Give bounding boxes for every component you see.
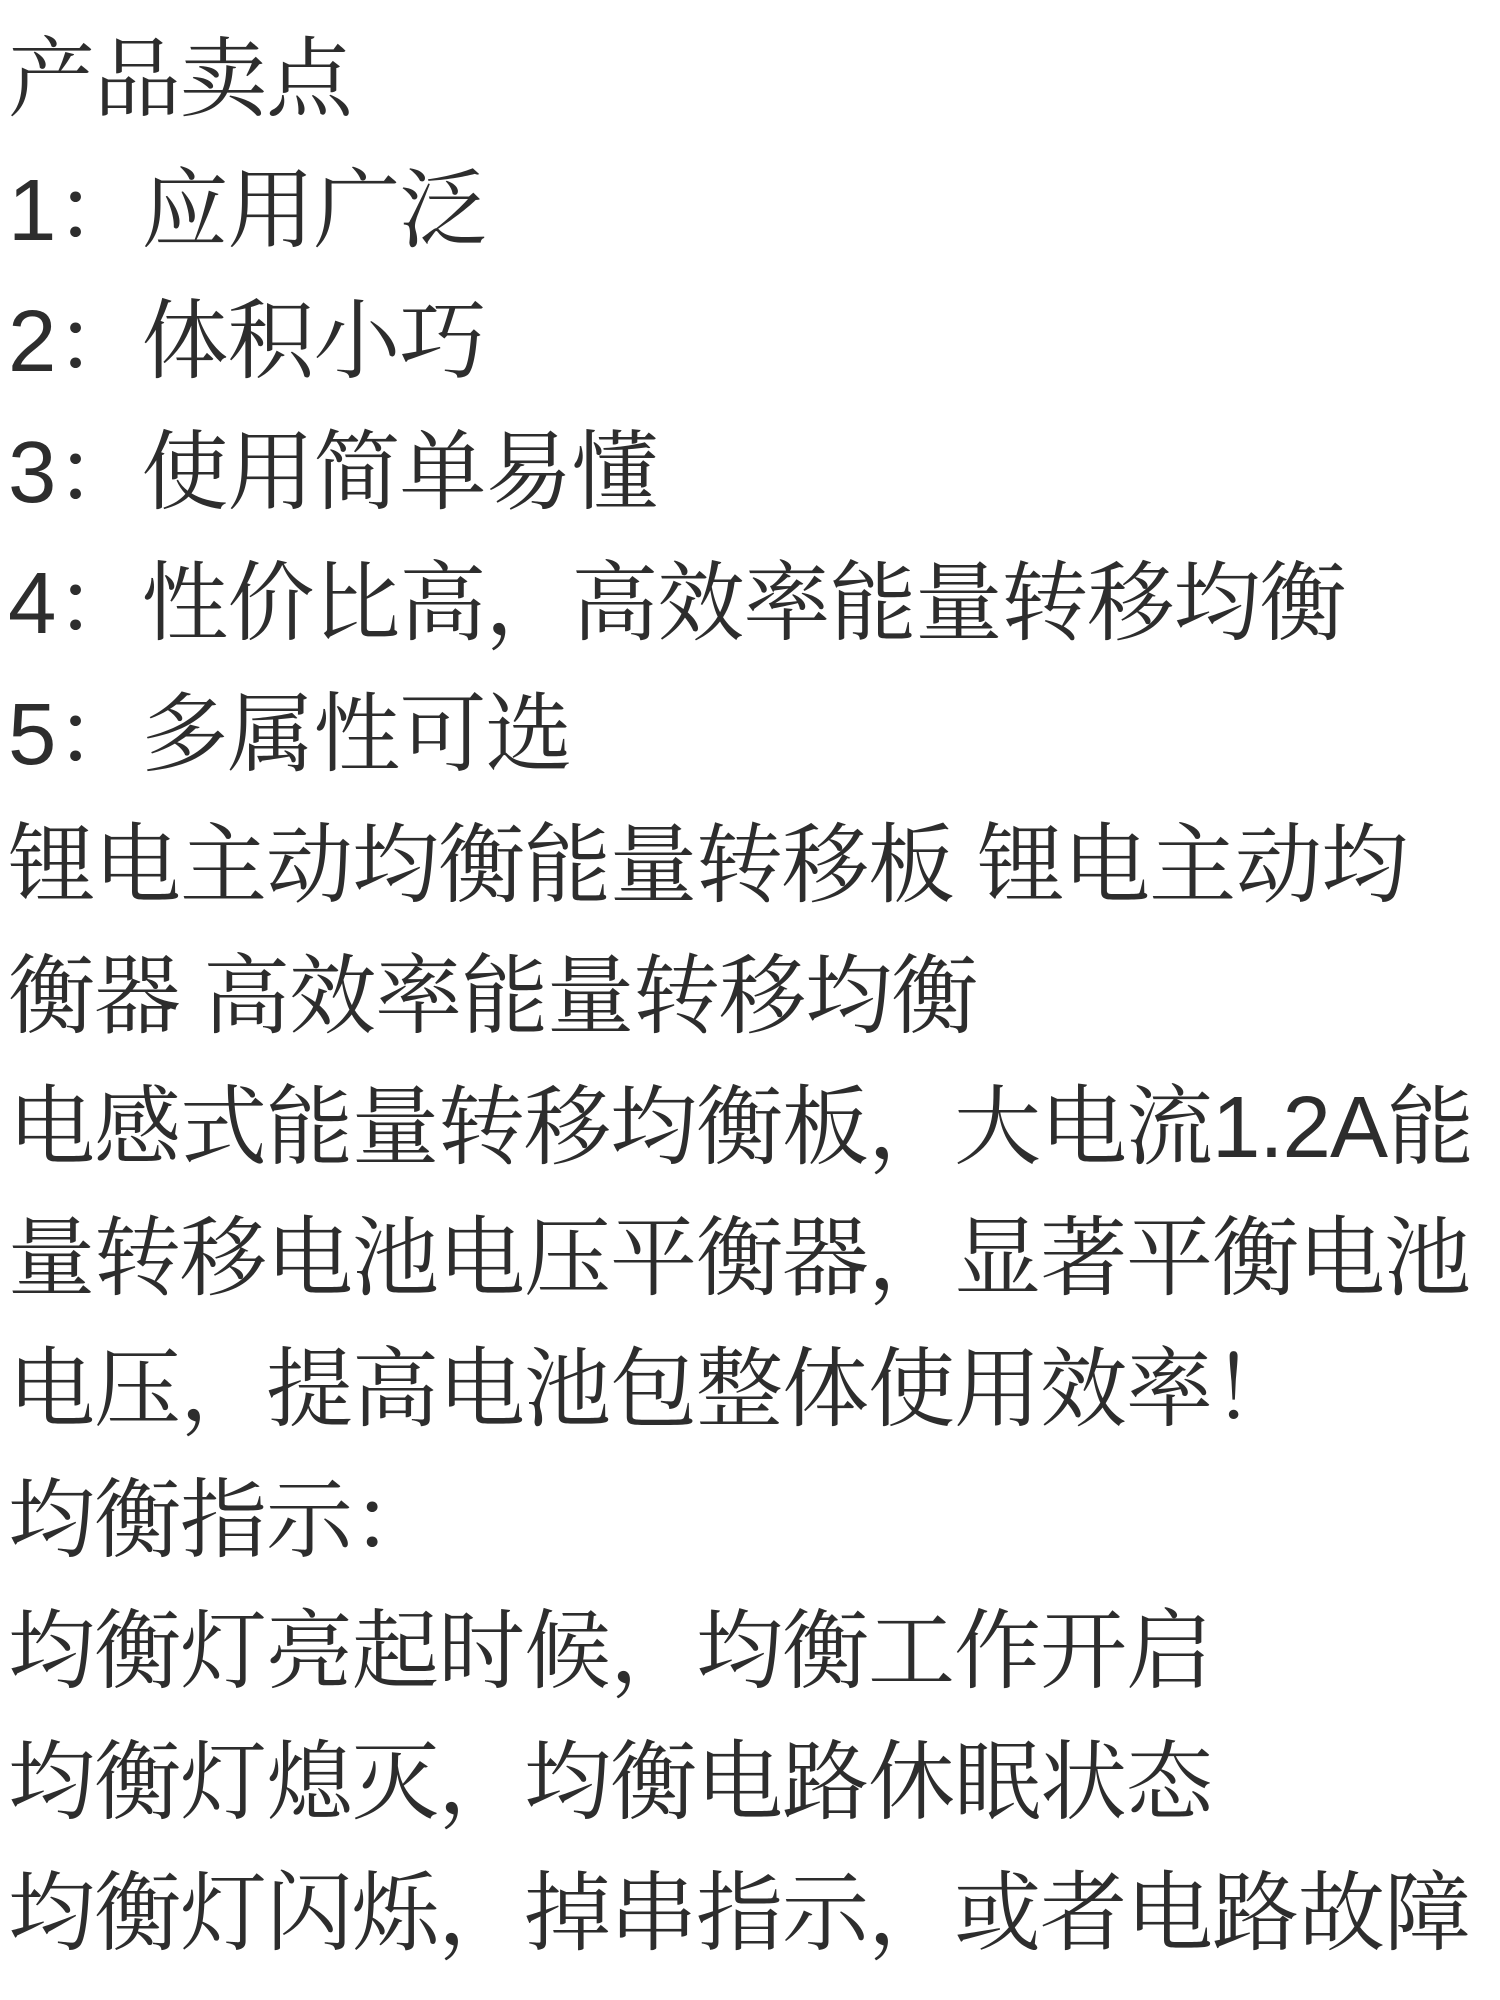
text-line: 电压，提高电池包整体使用效率！ bbox=[8, 1324, 1494, 1455]
selling-point-1: 1：应用广泛 bbox=[8, 145, 1494, 276]
text-line: 锂电主动均衡能量转移板 锂电主动均 bbox=[8, 800, 1494, 931]
indicator-status-on: 均衡灯亮起时候，均衡工作开启 bbox=[8, 1586, 1494, 1717]
heading-balance-indicator: 均衡指示： bbox=[8, 1455, 1494, 1586]
indicator-status-off: 均衡灯熄灭，均衡电路休眠状态 bbox=[8, 1717, 1494, 1848]
heading-product-selling-points: 产品卖点 bbox=[8, 14, 1494, 145]
selling-point-3: 3：使用简单易懂 bbox=[8, 407, 1494, 538]
text-line: 量转移电池电压平衡器，显著平衡电池 bbox=[8, 1193, 1494, 1324]
text-line: 衡器 高效率能量转移均衡 bbox=[8, 931, 1494, 1062]
product-description-text: 产品卖点 1：应用广泛 2：体积小巧 3：使用简单易懂 4：性价比高，高效率能量… bbox=[0, 0, 1500, 2000]
selling-point-5: 5：多属性可选 bbox=[8, 669, 1494, 800]
selling-point-4: 4：性价比高，高效率能量转移均衡 bbox=[8, 538, 1494, 669]
text-line: 电感式能量转移均衡板，大电流1.2A能 bbox=[8, 1062, 1494, 1193]
indicator-status-blink: 均衡灯闪烁，掉串指示，或者电路故障 bbox=[8, 1848, 1494, 1979]
selling-point-2: 2：体积小巧 bbox=[8, 276, 1494, 407]
